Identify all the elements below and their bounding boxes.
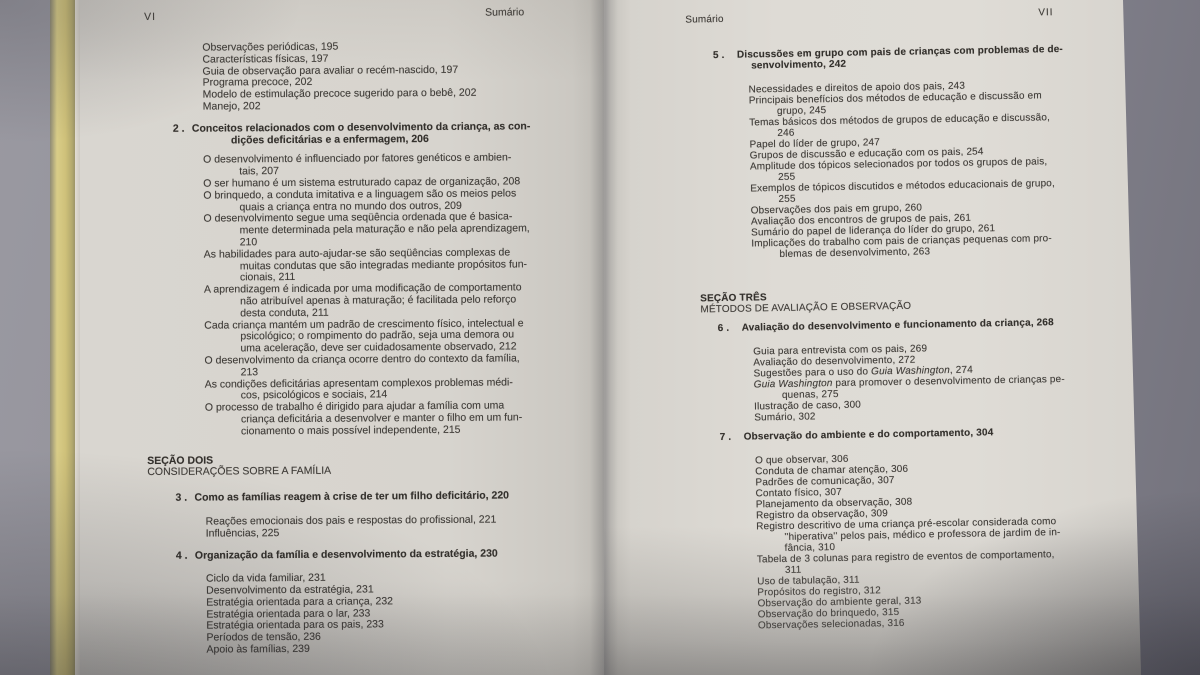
toc-line-text: Influências, 225 <box>206 527 280 540</box>
toc-line-text: blemas de desenvolvimento, 263 <box>779 246 930 260</box>
left-page-content: VI Sumário Observações periódicas, 195Ca… <box>80 0 609 675</box>
toc-line-text: Programa precoce, 202 <box>203 76 313 89</box>
chapter-number: 5 . <box>713 50 737 61</box>
toc-line: dições deficitárias e a enfermagem, 206 <box>231 132 603 146</box>
toc-line: Influências, 225 <box>206 525 606 540</box>
left-page-number: VI <box>144 12 156 24</box>
right-running-title: Sumário <box>685 14 723 26</box>
toc-line-text: senvolvimento, 242 <box>751 59 846 72</box>
chapter-number: 6 . <box>718 323 742 334</box>
book-page-edge-stack <box>50 0 75 675</box>
toc-line-text: 255 <box>778 194 795 205</box>
toc-line-text: desta conduta, 211 <box>240 306 329 319</box>
toc-line-text: cionamento o mais possível independente,… <box>241 424 461 438</box>
right-page-number: VII <box>1038 7 1053 18</box>
toc-line-text: 246 <box>777 128 794 139</box>
toc-line-text: Apoio às famílias, 239 <box>206 643 309 656</box>
right-page: Sumário VII 5 .Discussões em grupo com p… <box>604 0 1144 675</box>
toc-line-text: Sumário, 302 <box>754 411 815 423</box>
toc-line: CONSIDERAÇÕES SOBRE A FAMÍLIA <box>147 464 605 479</box>
right-page-content: Sumário VII 5 .Discussões em grupo com p… <box>604 0 1156 675</box>
toc-line-text: Reações emocionais dos pais e respostas … <box>206 513 497 527</box>
toc-line-text: O desenvolvimento é influenciado por fat… <box>203 152 511 166</box>
toc-line-text: não atribuível apenas à maturação; é fac… <box>240 293 516 307</box>
left-page: VI Sumário Observações periódicas, 195Ca… <box>80 0 604 675</box>
toc-line-text: 213 <box>241 366 259 378</box>
toc-line: 4 .Organização da família e desenvolvime… <box>176 548 606 563</box>
toc-line-text: Estratégia orientada para os pais, 233 <box>206 619 384 632</box>
toc-line-text: MÉTODOS DE AVALIAÇÃO E OBSERVAÇÃO <box>700 301 911 316</box>
toc-line-text: fância, 310 <box>785 542 836 554</box>
toc-line-text: tais, 207 <box>239 165 279 177</box>
toc-line-text: Guia de observação para avaliar o recém-… <box>202 63 458 77</box>
left-toc-lines: Observações periódicas, 195Característic… <box>80 40 606 657</box>
chapter-number: 3 . <box>175 493 194 505</box>
toc-line-text: Como as famílias reagem à crise de ter u… <box>194 490 509 504</box>
toc-line-text: CONSIDERAÇÕES SOBRE A FAMÍLIA <box>147 465 331 478</box>
book-photo-scene: VI Sumário Observações periódicas, 195Ca… <box>0 0 1200 675</box>
chapter-number: 2 . <box>173 123 192 135</box>
toc-line-text: mente determinada pela maturação e não p… <box>240 222 530 236</box>
toc-line-text: Observação do ambiente e do comportament… <box>744 427 994 442</box>
toc-line-text: Observações selecionadas, 316 <box>758 618 905 632</box>
toc-line-text: muitas condutas que são integradas media… <box>240 258 527 272</box>
toc-line-text: Organização da família e desenvolvimento… <box>195 548 498 562</box>
left-running-title: Sumário <box>485 7 524 19</box>
toc-line-text: Ciclo da vida familiar, 231 <box>206 572 326 585</box>
chapter-number: 4 . <box>176 551 195 563</box>
toc-line: cionamento o mais possível independente,… <box>241 423 605 437</box>
toc-line: 3 .Como as famílias reagem à crise de te… <box>175 490 605 505</box>
toc-line-text: 255 <box>778 172 795 183</box>
toc-line: 7 .Observação do ambiente e do comportam… <box>720 425 1134 443</box>
chapter-number: 7 . <box>720 432 744 443</box>
toc-line: 6 .Avaliação do desenvolvimento e funcio… <box>718 316 1132 334</box>
toc-line-text: dições deficitárias e a enfermagem, 206 <box>231 133 429 146</box>
toc-line-text: Modelo de estimulação precoce sugerido p… <box>203 87 477 101</box>
toc-line-text: Períodos de tensão, 236 <box>206 631 321 644</box>
toc-line-text: O desenvolvimento da criança ocorre dent… <box>204 352 519 366</box>
toc-line-text: grupo, 245 <box>777 105 827 117</box>
toc-line-text: 311 <box>785 565 802 576</box>
toc-line-text: Avaliação do desenvolvimento e funcionam… <box>742 317 1054 333</box>
right-toc-lines: 5 .Discussões em grupo com pais de crian… <box>605 43 1137 634</box>
toc-line-text: cionais, 211 <box>240 271 295 283</box>
toc-line-text: 210 <box>240 236 258 248</box>
toc-line: Apoio às famílias, 239 <box>207 642 607 657</box>
toc-line-text: Manejo, 202 <box>203 100 261 112</box>
